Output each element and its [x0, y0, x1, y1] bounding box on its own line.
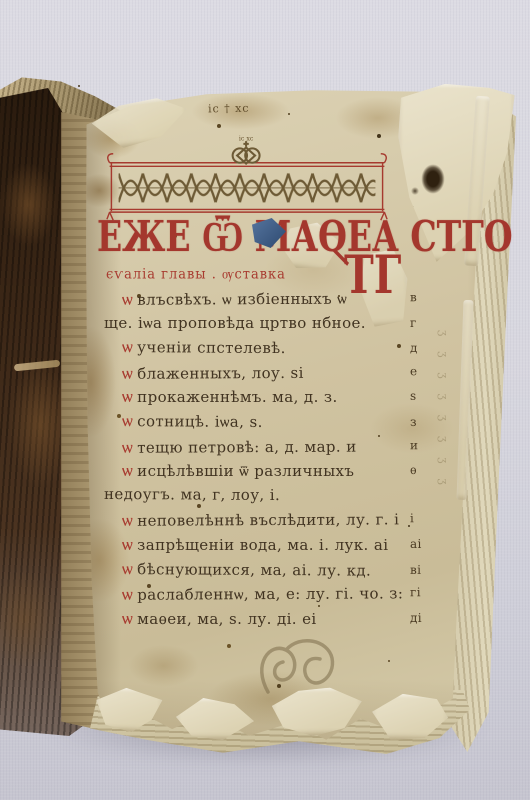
- margin-number: і: [410, 512, 414, 526]
- chapter-text: маѳеи, ма, ѕ. лу. ді. еі: [137, 610, 316, 628]
- chapter-line: ѡученіи спстелевѣ.д: [104, 337, 444, 364]
- red-initial: ѡ: [122, 461, 133, 481]
- chapter-line: ѡмаѳеи, ма, ѕ. лу. ді. еіді: [104, 609, 444, 634]
- red-initial: ѡ: [122, 437, 133, 457]
- red-initial: ѡ: [122, 290, 133, 310]
- top-inscription: іс † хс: [208, 102, 250, 116]
- red-initial: ѡ: [122, 511, 133, 531]
- margin-number: е: [410, 364, 418, 378]
- margin-number: в: [410, 290, 417, 304]
- chapter-line: ѡнеповелѣннѣ въслѣдити, лу. г. іі: [104, 509, 444, 535]
- chapter-line: ѡисцѣлѣвшіи ѿ различныхъѳ: [104, 461, 444, 486]
- margin-number: гі: [410, 585, 421, 599]
- red-initial: ѡ: [122, 535, 133, 555]
- red-initial: ѡ: [122, 387, 133, 407]
- chapter-line: ѡраслабленнѡ, ма, е: лу. гі. чо. з:гі: [104, 583, 444, 609]
- margin-number: и: [410, 438, 418, 452]
- margin-number: ѕ: [410, 389, 417, 403]
- faint-bleedthrough-marks: ʒʒʒʒʒʒʒʒ: [437, 330, 450, 500]
- chapter-text: тещю петровѣ: а, д. мар. и: [137, 437, 357, 456]
- margin-number: ді: [410, 611, 422, 625]
- chapter-text: запрѣщеніи вода, ма. і. лук. аі: [137, 536, 388, 554]
- chapter-text: неповелѣннѣ въслѣдити, лу. г. і: [137, 511, 399, 530]
- red-initial: ѡ: [122, 337, 133, 357]
- chapter-text: недоугъ. ма, г, лоу, і.: [104, 485, 280, 504]
- red-subtitle: єѵаліа главы . ѹставка: [106, 266, 286, 283]
- chapter-lines: ѡвлъсвѣхъ. ѡ избіенныхъ ѡвще. іѡа пропов…: [104, 289, 444, 633]
- margin-number: аі: [410, 537, 422, 551]
- braided-headpiece-ornament: іс хс: [90, 134, 404, 222]
- chapter-text: блаженныхъ, лоу. ѕі: [137, 364, 304, 383]
- knot-inscription: іс хс: [239, 135, 254, 142]
- chapter-line: ѡсотницѣ. іѡа, ѕ.з: [104, 411, 444, 438]
- red-initial: ѡ: [122, 364, 133, 384]
- chapter-line: ѡблаженныхъ, лоу. ѕіе: [104, 362, 444, 388]
- red-initial: ѡ: [122, 559, 133, 579]
- margin-number: д: [410, 341, 418, 355]
- chapter-line: ѡзапрѣщеніи вода, ма. і. лук. аіаі: [104, 535, 444, 560]
- chapter-text: раслабленнѡ, ма, е: лу. гі. чо. з:: [137, 584, 403, 603]
- chapter-text: ще. іѡа проповѣда цртво нбное.: [104, 314, 366, 332]
- chapter-line: ще. іѡа проповѣда цртво нбное.г: [104, 314, 444, 339]
- margin-number: ві: [410, 562, 421, 576]
- ink-speckles: [78, 85, 80, 87]
- chapter-text: прокаженнѣмъ. ма, д. з.: [137, 388, 337, 406]
- margin-number: г: [410, 316, 417, 330]
- chapter-text: исцѣлѣвшіи ѿ различныхъ: [137, 462, 354, 480]
- chapter-text: сотницѣ. іѡа, ѕ.: [137, 412, 263, 431]
- red-initial: ѡ: [122, 609, 133, 629]
- owner-flourish-doodle: [250, 634, 370, 712]
- chapter-text: бѣснующихся, ма, аі. лу. кд.: [137, 560, 371, 579]
- chapter-line: ѡбѣснующихся, ма, аі. лу. кд.ві: [104, 558, 444, 585]
- ink-blot: [418, 160, 448, 198]
- red-initial: ѡ: [122, 585, 133, 605]
- margin-number: ѳ: [410, 463, 417, 477]
- chapter-text: ученіи спстелевѣ.: [137, 338, 286, 357]
- margin-number: з: [410, 415, 417, 429]
- red-initial: ѡ: [122, 411, 133, 431]
- chapter-line: ѡпрокаженнѣмъ. ма, д. з.ѕ: [104, 387, 444, 412]
- chapter-text: влъсвѣхъ. ѡ избіенныхъ ѡ: [137, 290, 347, 309]
- headpiece-knot: [233, 141, 260, 163]
- chapter-line: ѡвлъсвѣхъ. ѡ избіенныхъ ѡв: [104, 288, 444, 314]
- chapter-line: ѡтещю петровѣ: а, д. мар. ии: [104, 436, 444, 462]
- photo-of-manuscript: іс † хс іс хс ЕЖ: [0, 0, 530, 800]
- chapter-line: недоугъ. ма, г, лоу, і.: [104, 485, 444, 512]
